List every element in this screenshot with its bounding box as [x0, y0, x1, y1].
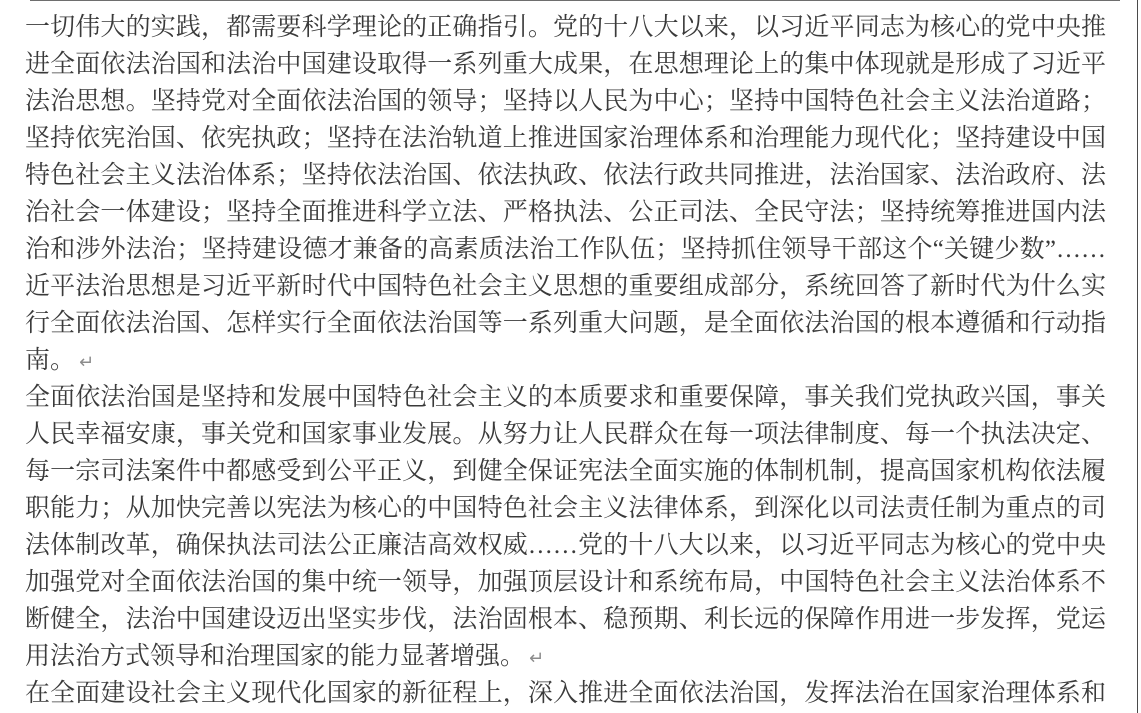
text-line[interactable]: 治社会一体建设；坚持全面推进科学立法、严格执法、公正司法、全民守法；坚持统筹推进…: [25, 194, 1106, 231]
text-line[interactable]: 人民幸福安康，事关党和国家事业发展。从努力让人民群众在每一项法律制度、每一个执法…: [25, 416, 1106, 453]
text-line[interactable]: 近平法治思想是习近平新时代中国特色社会主义思想的重要组成部分，系统回答了新时代为…: [25, 268, 1106, 305]
text-line[interactable]: 特色社会主义法治体系；坚持依法治国、依法执政、依法行政共同推进，法治国家、法治政…: [25, 157, 1106, 194]
text-line[interactable]: 加强党对全面依法治国的集中统一领导，加强顶层设计和系统布局，中国特色社会主义法治…: [25, 564, 1106, 601]
text-boundary-right-line: [1137, 0, 1138, 713]
document-text-area[interactable]: 一切伟大的实践，都需要科学理论的正确指引。党的十八大以来，以习近平同志为核心的党…: [25, 9, 1106, 712]
paragraph-3: 在全面建设社会主义现代化国家的新征程上，深入推进全面依法治国，发挥法治在国家治理…: [25, 675, 1106, 712]
text-boundary-top-line: [30, 0, 1120, 1]
text-line-content: 用法治方式领导和治理国家的能力显著增强。: [25, 643, 525, 670]
text-line[interactable]: 一切伟大的实践，都需要科学理论的正确指引。党的十八大以来，以习近平同志为核心的党…: [25, 9, 1106, 46]
text-line[interactable]: 进全面依法治国和法治中国建设取得一系列重大成果，在思想理论上的集中体现就是形成了…: [25, 46, 1106, 83]
text-line[interactable]: 治和涉外法治；坚持建设德才兼备的高素质法治工作队伍；坚持抓住领导干部这个“关键少…: [25, 231, 1106, 268]
text-line[interactable]: 法治思想。坚持党对全面依法治国的领导；坚持以人民为中心；坚持中国特色社会主义法治…: [25, 83, 1106, 120]
text-line[interactable]: 每一宗司法案件中都感受到公平正义，到健全保证宪法全面实施的体制机制，提高国家机构…: [25, 453, 1106, 490]
text-line[interactable]: 在全面建设社会主义现代化国家的新征程上，深入推进全面依法治国，发挥法治在国家治理…: [25, 675, 1106, 712]
text-line[interactable]: 全面依法治国是坚持和发展中国特色社会主义的本质要求和重要保障，事关我们党执政兴国…: [25, 379, 1106, 416]
text-line[interactable]: 用法治方式领导和治理国家的能力显著增强。↵: [25, 638, 1106, 675]
text-line-content: 南。: [25, 347, 75, 374]
document-page: 一切伟大的实践，都需要科学理论的正确指引。党的十八大以来，以习近平同志为核心的党…: [0, 0, 1141, 713]
paragraph-2: 全面依法治国是坚持和发展中国特色社会主义的本质要求和重要保障，事关我们党执政兴国…: [25, 379, 1106, 675]
text-line[interactable]: 行全面依法治国、怎样实行全面依法治国等一系列重大问题，是全面依法治国的根本遵循和…: [25, 305, 1106, 342]
text-line[interactable]: 断健全，法治中国建设迈出坚实步伐，法治固根本、稳预期、利长远的保障作用进一步发挥…: [25, 601, 1106, 638]
text-line[interactable]: 坚持依宪治国、依宪执政；坚持在法治轨道上推进国家治理体系和治理能力现代化；坚持建…: [25, 120, 1106, 157]
paragraph-1: 一切伟大的实践，都需要科学理论的正确指引。党的十八大以来，以习近平同志为核心的党…: [25, 9, 1106, 379]
text-line[interactable]: 法体制改革，确保执法司法公正廉洁高效权威……党的十八大以来，以习近平同志为核心的…: [25, 527, 1106, 564]
paragraph-mark-icon: ↵: [79, 344, 94, 379]
text-line[interactable]: 职能力；从加快完善以宪法为核心的中国特色社会主义法律体系，到深化以司法责任制为重…: [25, 490, 1106, 527]
text-line[interactable]: 南。↵: [25, 342, 1106, 379]
paragraph-mark-icon: ↵: [529, 640, 544, 675]
